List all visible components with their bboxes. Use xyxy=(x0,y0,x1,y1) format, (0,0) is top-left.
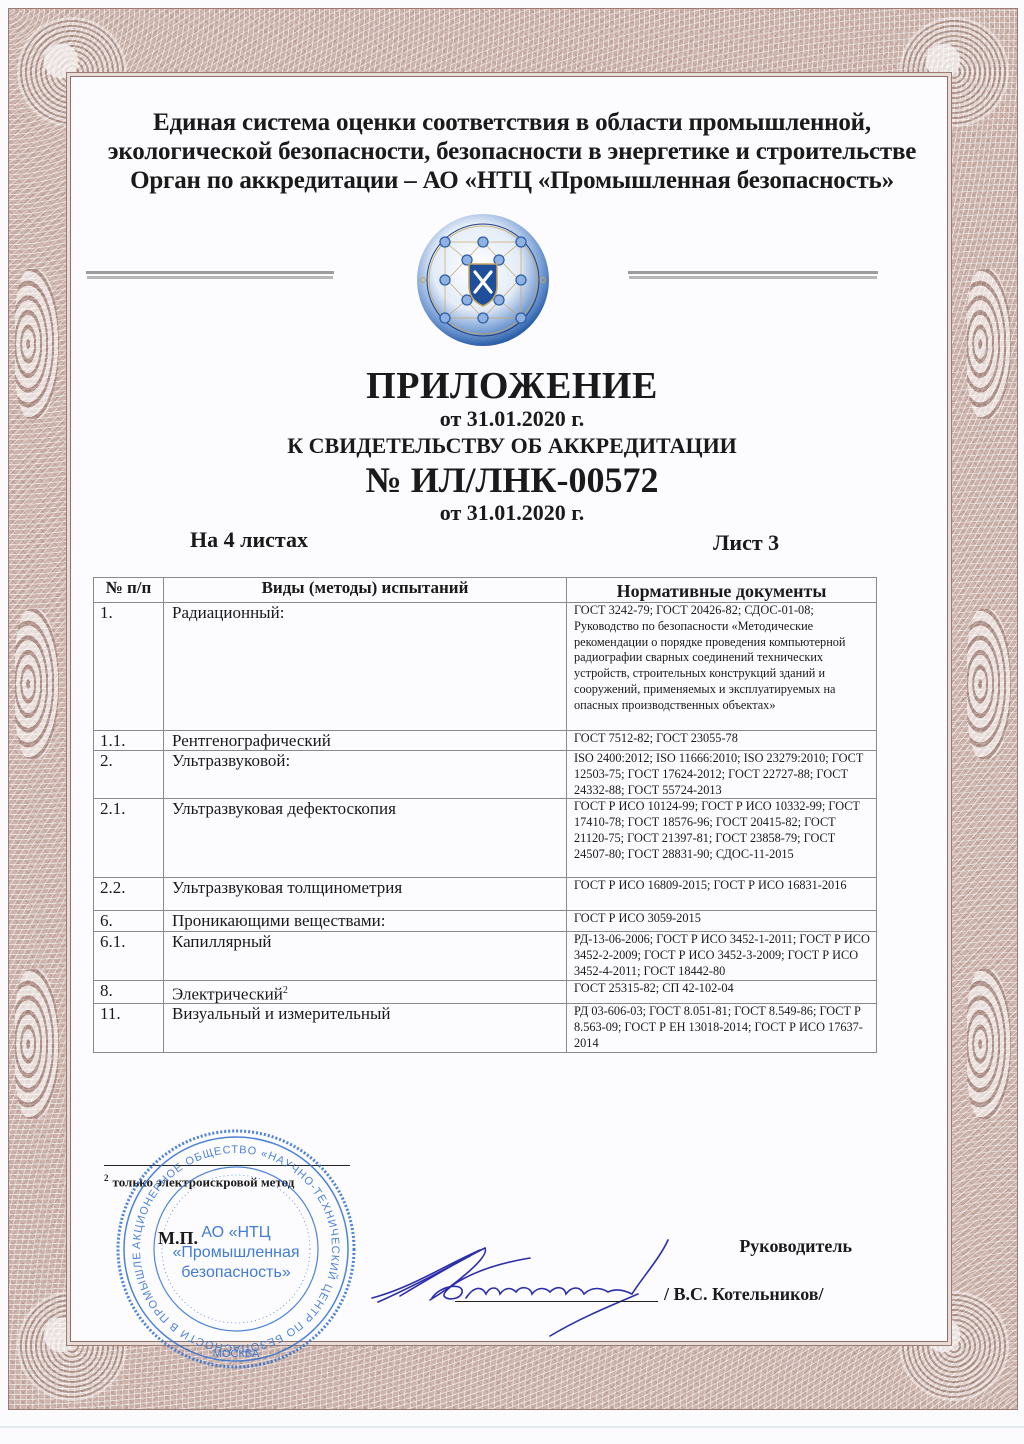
table-row: 11. Визуальный и измерительный РД 03-606… xyxy=(94,1004,877,1052)
row-documents: ГОСТ 7512-82; ГОСТ 23055-78 xyxy=(567,731,877,751)
row-number: 8. xyxy=(94,980,164,1004)
table-header-row: № п/п Виды (методы) испытаний Нормативны… xyxy=(94,578,877,603)
certificate-number: № ИЛ/ЛНК-00572 xyxy=(0,459,1024,501)
row-method: Ультразвуковая дефектоскопия xyxy=(164,799,567,878)
sheet-number: Лист 3 xyxy=(713,530,779,556)
row-documents: ГОСТ Р ИСО 10124-99; ГОСТ Р ИСО 10332-99… xyxy=(567,799,877,878)
row-documents: ISO 2400:2012; ISO 11666:2010; ISO 23279… xyxy=(567,751,877,799)
column-header-documents: Нормативные документы xyxy=(567,578,877,603)
row-method: Ультразвуковая толщинометрия xyxy=(164,878,567,911)
row-number: 11. xyxy=(94,1004,164,1052)
stamp-line: АО «НТЦ xyxy=(201,1224,270,1241)
org-line: экологической безопасности, безопасности… xyxy=(0,137,1024,166)
signature-icon xyxy=(370,1228,670,1338)
column-header-method: Виды (методы) испытаний xyxy=(164,578,567,603)
document-title: ПРИЛОЖЕНИЕ xyxy=(0,364,1024,408)
row-documents: РД-13-06-2006; ГОСТ Р ИСО 3452-1-2011; Г… xyxy=(567,932,877,980)
row-method: Визуальный и измерительный xyxy=(164,1004,567,1052)
accreditation-emblem-icon xyxy=(415,212,551,348)
org-line: Орган по аккредитации – АО «НТЦ «Промышл… xyxy=(0,166,1024,195)
test-methods-table: № п/п Виды (методы) испытаний Нормативны… xyxy=(93,577,877,1053)
table-row: 6.1. Капиллярный РД-13-06-2006; ГОСТ Р И… xyxy=(94,932,877,980)
row-number: 6. xyxy=(94,911,164,932)
divider-right xyxy=(628,271,878,276)
sheets-total: На 4 листах xyxy=(190,527,308,553)
row-method: Капиллярный xyxy=(164,932,567,980)
row-method: Проникающими веществами: xyxy=(164,911,567,932)
row-documents: ГОСТ Р ИСО 16809-2015; ГОСТ Р ИСО 16831-… xyxy=(567,878,877,911)
divider-left xyxy=(86,271,334,276)
side-ornament-icon xyxy=(15,969,59,1119)
row-number: 2.1. xyxy=(94,799,164,878)
row-method: Рентгенографический xyxy=(164,731,567,751)
signer-name: / В.С. Котельников/ xyxy=(664,1284,824,1305)
row-number: 1. xyxy=(94,603,164,731)
footnote-number: 2 xyxy=(104,1173,109,1183)
side-ornament-icon xyxy=(967,969,1011,1119)
table-row: 2. Ультразвуковой: ISO 2400:2012; ISO 11… xyxy=(94,751,877,799)
row-documents: РД 03-606-03; ГОСТ 8.051-81; ГОСТ 8.549-… xyxy=(567,1004,877,1052)
footnote-marker: 2 xyxy=(283,985,288,996)
stamp-city: МОСКВА xyxy=(213,1348,260,1360)
appendix-date: от 31.01.2020 г. xyxy=(0,406,1024,432)
row-method-text: Электрический xyxy=(172,984,283,1003)
side-ornament-icon xyxy=(15,609,59,759)
row-number: 6.1. xyxy=(94,932,164,980)
signature-line xyxy=(455,1301,658,1302)
table-row: 2.2. Ультразвуковая толщинометрия ГОСТ Р… xyxy=(94,878,877,911)
table-row: 6. Проникающими веществами: ГОСТ Р ИСО 3… xyxy=(94,911,877,932)
scan-edge xyxy=(0,1426,1024,1428)
table-row: 2.1. Ультразвуковая дефектоскопия ГОСТ Р… xyxy=(94,799,877,878)
organization-header: Единая система оценки соответствия в обл… xyxy=(0,108,1024,195)
row-documents: ГОСТ Р ИСО 3059-2015 xyxy=(567,911,877,932)
row-method: Электрический2 xyxy=(164,980,567,1004)
row-number: 2. xyxy=(94,751,164,799)
org-line: Единая система оценки соответствия в обл… xyxy=(0,108,1024,137)
official-stamp-icon: АКЦИОНЕРНОЕ ОБЩЕСТВО «НАУЧНО-ТЕХНИЧЕСКИЙ… xyxy=(112,1125,360,1373)
row-number: 2.2. xyxy=(94,878,164,911)
row-method: Ультразвуковой: xyxy=(164,751,567,799)
column-header-number: № п/п xyxy=(94,578,164,603)
table-row: 1. Радиационный: ГОСТ 3242-79; ГОСТ 2042… xyxy=(94,603,877,731)
row-documents: ГОСТ 3242-79; ГОСТ 20426-82; СДОС-01-08;… xyxy=(567,603,877,731)
certificate-reference: К СВИДЕТЕЛЬСТВУ ОБ АККРЕДИТАЦИИ xyxy=(0,433,1024,459)
side-ornament-icon xyxy=(967,609,1011,759)
table-row: 8. Электрический2 ГОСТ 25315-82; СП 42-1… xyxy=(94,980,877,1004)
seal-placeholder-label: М.П. xyxy=(158,1228,198,1249)
table-row: 1.1. Рентгенографический ГОСТ 7512-82; Г… xyxy=(94,731,877,751)
stamp-line: безопасность» xyxy=(181,1264,291,1281)
row-number: 1.1. xyxy=(94,731,164,751)
signer-role: Руководитель xyxy=(700,1236,852,1257)
row-documents: ГОСТ 25315-82; СП 42-102-04 xyxy=(567,980,877,1004)
certificate-date: от 31.01.2020 г. xyxy=(0,500,1024,526)
row-method: Радиационный: xyxy=(164,603,567,731)
